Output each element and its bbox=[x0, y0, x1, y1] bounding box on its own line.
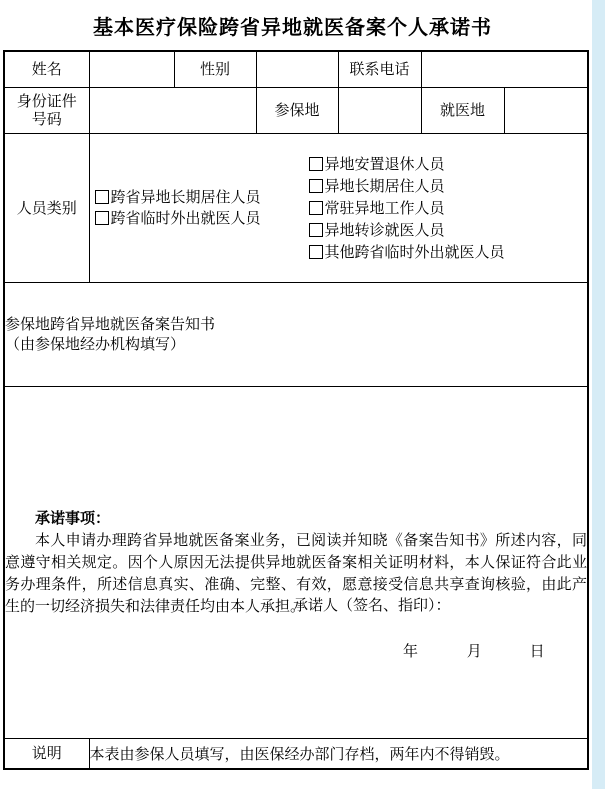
option-label: 常驻异地工作人员 bbox=[325, 200, 445, 216]
notice-subtitle: （由参保地经办机构填写） bbox=[5, 334, 587, 354]
option-other-temporary[interactable]: 其他跨省临时外出就医人员 bbox=[309, 244, 505, 260]
person-category-options-cell: 跨省异地长期居住人员 跨省临时外出就医人员 异地安置退休人员 异地长期居住人员 bbox=[89, 133, 588, 282]
row-note: 说明 本表由参保人员填写，由医保经办部门存档，两年内不得销毁。 bbox=[4, 738, 588, 769]
year-label: 年 bbox=[403, 642, 418, 660]
checkbox-icon[interactable] bbox=[309, 223, 323, 237]
insured-place-label: 参保地 bbox=[256, 87, 338, 133]
row-person-category: 人员类别 跨省异地长期居住人员 跨省临时外出就医人员 异地安置 bbox=[4, 133, 588, 282]
gender-input-cell[interactable] bbox=[256, 51, 338, 87]
month-label: 月 bbox=[467, 642, 482, 660]
option-cross-province-temporary[interactable]: 跨省临时外出就医人员 bbox=[95, 210, 309, 226]
phone-label: 联系电话 bbox=[338, 51, 421, 87]
checkbox-icon[interactable] bbox=[95, 190, 109, 204]
option-referral-patient[interactable]: 异地转诊就医人员 bbox=[309, 222, 505, 238]
date-line: 年 月 日 bbox=[403, 643, 545, 659]
day-label: 日 bbox=[530, 642, 545, 660]
checkbox-icon[interactable] bbox=[95, 211, 109, 225]
note-text: 本表由参保人员填写，由医保经办部门存档，两年内不得销毁。 bbox=[89, 738, 588, 769]
option-label: 其他跨省临时外出就医人员 bbox=[325, 244, 505, 260]
category-group-right: 异地安置退休人员 异地长期居住人员 常驻异地工作人员 异地转诊就医人员 bbox=[309, 156, 505, 260]
checkbox-icon[interactable] bbox=[309, 201, 323, 215]
treatment-place-label: 就医地 bbox=[421, 87, 504, 133]
treatment-place-input-cell[interactable] bbox=[504, 87, 588, 133]
name-label: 姓名 bbox=[4, 51, 89, 87]
phone-input-cell[interactable] bbox=[421, 51, 588, 87]
option-label: 异地长期居住人员 bbox=[325, 178, 445, 194]
scrollbar-track[interactable] bbox=[592, 0, 605, 789]
checkbox-icon[interactable] bbox=[309, 245, 323, 259]
option-long-term-resident[interactable]: 异地长期居住人员 bbox=[309, 178, 505, 194]
option-label: 跨省临时外出就医人员 bbox=[111, 210, 261, 226]
option-label: 异地转诊就医人员 bbox=[325, 222, 445, 238]
id-number-label: 身份证件 号码 bbox=[4, 87, 89, 133]
gender-label: 性别 bbox=[174, 51, 256, 87]
commitment-cell: 承诺事项： 本人申请办理跨省异地就医备案业务，已阅读并知晓《备案告知书》所述内容… bbox=[4, 386, 588, 738]
page-title: 基本医疗保险跨省异地就医备案个人承诺书 bbox=[10, 15, 575, 39]
name-input-cell[interactable] bbox=[89, 51, 174, 87]
option-cross-province-long-term[interactable]: 跨省异地长期居住人员 bbox=[95, 189, 309, 205]
commitment-heading: 承诺事项： bbox=[5, 507, 587, 529]
notice-cell: 参保地跨省异地就医备案告知书 （由参保地经办机构填写） bbox=[4, 282, 588, 386]
id-number-input-cell[interactable] bbox=[89, 87, 256, 133]
row-notice: 参保地跨省异地就医备案告知书 （由参保地经办机构填写） bbox=[4, 282, 588, 386]
signature-label: 承诺人（签名、指印）： bbox=[293, 597, 451, 613]
checkbox-icon[interactable] bbox=[309, 179, 323, 193]
option-label: 异地安置退休人员 bbox=[325, 156, 445, 172]
row-name-gender-phone: 姓名 性别 联系电话 bbox=[4, 51, 588, 87]
note-label: 说明 bbox=[4, 738, 89, 769]
option-label: 跨省异地长期居住人员 bbox=[111, 189, 261, 205]
row-commitment: 承诺事项： 本人申请办理跨省异地就医备案业务，已阅读并知晓《备案告知书》所述内容… bbox=[4, 386, 588, 738]
notice-title: 参保地跨省异地就医备案告知书 bbox=[5, 314, 587, 334]
person-category-label: 人员类别 bbox=[4, 133, 89, 282]
category-group-left: 跨省异地长期居住人员 跨省临时外出就医人员 bbox=[95, 189, 309, 226]
form-table: 姓名 性别 联系电话 身份证件 号码 参保地 就医地 人员类别 跨省异地长期居住… bbox=[3, 50, 589, 770]
insured-place-input-cell[interactable] bbox=[338, 87, 421, 133]
checkbox-icon[interactable] bbox=[309, 157, 323, 171]
option-stationed-worker[interactable]: 常驻异地工作人员 bbox=[309, 200, 505, 216]
row-id-places: 身份证件 号码 参保地 就医地 bbox=[4, 87, 588, 133]
option-relocated-retiree[interactable]: 异地安置退休人员 bbox=[309, 156, 505, 172]
person-category-options: 跨省异地长期居住人员 跨省临时外出就医人员 异地安置退休人员 异地长期居住人员 bbox=[90, 156, 588, 260]
